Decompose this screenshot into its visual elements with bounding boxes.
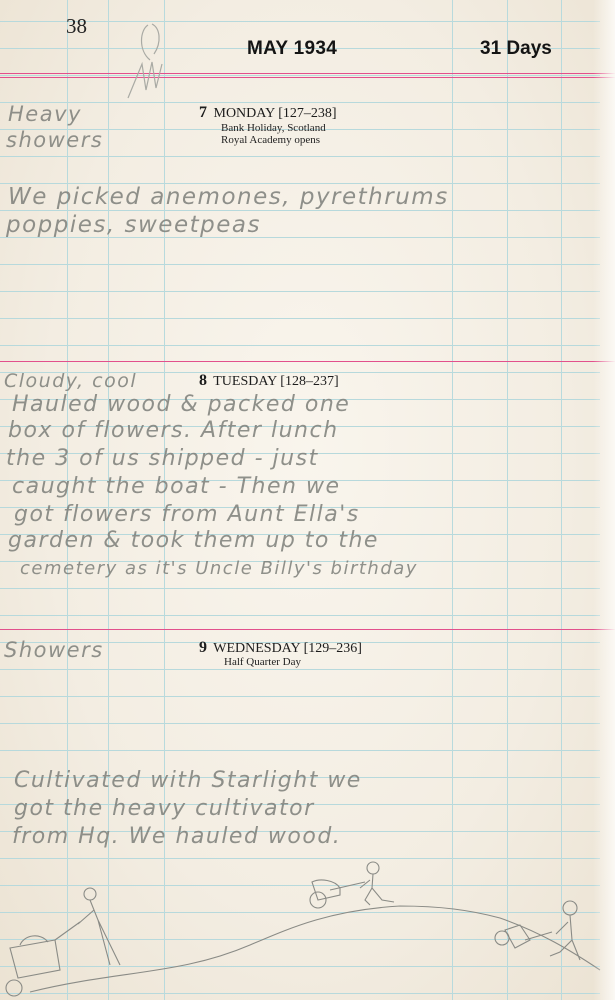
day-count: [128–237] [280, 374, 338, 389]
handwritten-weather: Showers [4, 638, 104, 662]
handwritten-entry-line: from Hq. We hauled wood. [12, 824, 341, 849]
day-heading-8: 8 TUESDAY [128–237] [199, 372, 339, 390]
handwritten-entry-line: box of flowers. After lunch [8, 418, 339, 443]
handwritten-entry-line: Hauled wood & packed one [12, 392, 350, 417]
day-note: Half Quarter Day [224, 656, 301, 668]
handwritten-weather: Heavy [8, 102, 82, 126]
day-number: 7 [199, 104, 207, 121]
blue-rule [0, 723, 600, 724]
column-rule [561, 0, 562, 1000]
blue-rule [0, 156, 600, 157]
column-rule [108, 0, 109, 1000]
day-divider-rule [0, 361, 615, 362]
blue-rule [0, 102, 600, 103]
handwritten-entry-line: got flowers from Aunt Ella's [14, 502, 360, 527]
weekday: MONDAY [214, 106, 275, 121]
handwritten-weather: Cloudy, cool [4, 370, 137, 392]
weekday: TUESDAY [213, 374, 277, 389]
handwritten-weather: showers [6, 128, 103, 152]
header-red-rule [0, 73, 615, 74]
handwritten-entry-line: poppies, sweetpeas [6, 212, 261, 238]
blue-rule [0, 210, 600, 211]
handwritten-entry-line: We picked anemones, pyrethrums [8, 184, 449, 210]
blue-rule [0, 588, 600, 589]
wheelbarrow-sketch-illustration [0, 860, 615, 1000]
blue-rule [0, 858, 600, 859]
header-red-rule [0, 77, 615, 78]
blue-rule [0, 75, 600, 76]
page-number: 38 [66, 14, 87, 39]
handwritten-entry-line: the 3 of us shipped - just [6, 446, 319, 471]
day-heading-9: 9 WEDNESDAY [129–236] [199, 639, 362, 657]
pencil-doodle [120, 20, 180, 100]
day-divider-rule [0, 629, 615, 630]
blue-rule [0, 264, 600, 265]
handwritten-entry-line: Cultivated with Starlight we [14, 768, 362, 793]
day-count: [129–236] [304, 641, 362, 656]
blue-rule [0, 318, 600, 319]
pencil-sketch [0, 860, 615, 1000]
day-note: Royal Academy opens [221, 134, 320, 146]
column-rule [452, 0, 453, 1000]
handwritten-entry-line: cemetery as it's Uncle Billy's birthday [20, 558, 418, 579]
column-rule [164, 0, 165, 1000]
day-note: Bank Holiday, Scotland [221, 122, 326, 134]
blue-rule [0, 21, 600, 22]
blue-rule [0, 696, 600, 697]
blue-rule [0, 669, 600, 670]
day-count: [127–238] [278, 106, 336, 121]
weekday: WEDNESDAY [213, 641, 300, 656]
handwritten-entry-line: garden & took them up to the [8, 528, 379, 553]
blue-rule [0, 345, 600, 346]
day-number: 9 [199, 639, 207, 656]
handwritten-entry-line: got the heavy cultivator [14, 796, 315, 821]
blue-rule [0, 750, 600, 751]
diary-page: 38 MAY 1934 31 Days 7 MONDAY [127–238] B… [0, 0, 615, 1000]
day-heading-7: 7 MONDAY [127–238] [199, 104, 337, 122]
days-count: 31 Days [480, 38, 552, 60]
month-title: MAY 1934 [247, 38, 337, 60]
blue-rule [0, 615, 600, 616]
handwritten-entry-line: caught the boat - Then we [12, 474, 340, 499]
column-rule [507, 0, 508, 1000]
day-number: 8 [199, 372, 207, 389]
blue-rule [0, 291, 600, 292]
